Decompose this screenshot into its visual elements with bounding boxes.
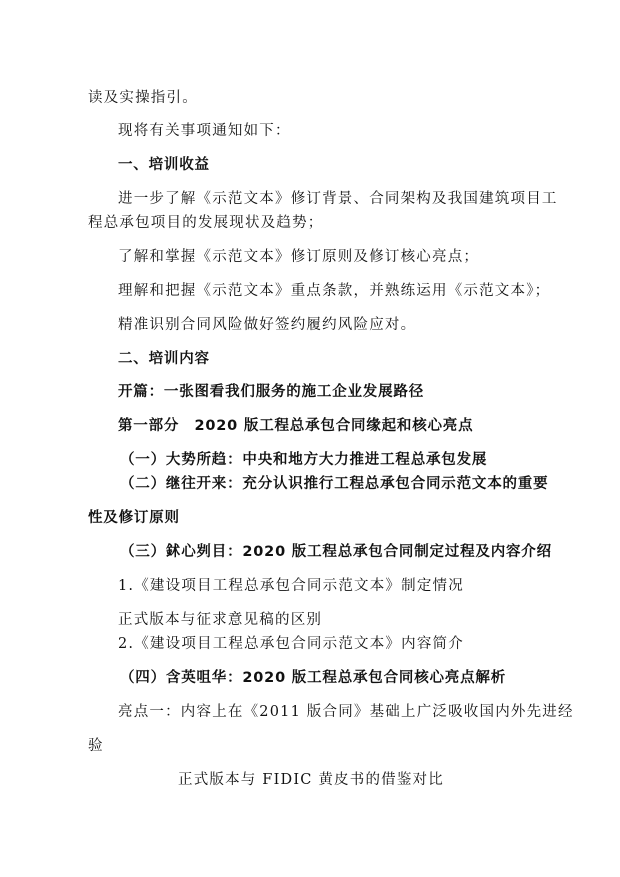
- content-sub-1: （一）大势所趋：中央和地方大力推进工程总承包发展: [120, 448, 487, 469]
- paragraph-continuation: 读及实操指引。: [88, 86, 198, 107]
- highlight-1-detail: 正式版本与 FIDIC 黄皮书的借鉴对比: [178, 768, 444, 789]
- content-sub-4: （四）含英咀华：2020 版工程总承包合同核心亮点解析: [120, 666, 506, 687]
- paragraph-intro: 现将有关事项通知如下：: [118, 119, 291, 140]
- highlight-1-cont: 验: [88, 734, 104, 755]
- section-heading-content: 二、培训内容: [118, 347, 210, 368]
- content-opening: 开篇：一张图看我们服务的施工企业发展路径: [118, 380, 424, 401]
- benefit-item-4: 精准识别合同风险做好签约履约风险应对。: [118, 313, 416, 334]
- benefit-item-2: 了解和掌握《示范文本》修订原则及修订核心亮点；: [118, 245, 479, 266]
- benefit-item-3: 理解和把握《示范文本》重点条款，并熟练运用《示范文本》；: [118, 279, 550, 300]
- content-item-2: 2.《建设项目工程总承包合同示范文本》内容简介: [118, 632, 464, 653]
- content-item-1-detail: 正式版本与征求意见稿的区别: [118, 608, 322, 629]
- content-sub-2-cont: 性及修订原则: [88, 506, 180, 527]
- content-sub-2: （二）继往开来：充分认识推行工程总承包合同示范文本的重要: [120, 472, 548, 493]
- content-sub-3: （三）鉥心刿目：2020 版工程总承包合同制定过程及内容介绍: [120, 540, 552, 561]
- content-item-1: 1.《建设项目工程总承包合同示范文本》制定情况: [118, 574, 464, 595]
- benefit-item-1-cont: 程总承包项目的发展现状及趋势；: [88, 211, 324, 232]
- highlight-1: 亮点一：内容上在《2011 版合同》基础上广泛吸收国内外先进经: [118, 700, 574, 721]
- section-heading-benefits: 一、培训收益: [118, 153, 210, 174]
- content-part-1: 第一部分 2020 版工程总承包合同缘起和核心亮点: [118, 414, 473, 435]
- benefit-item-1: 进一步了解《示范文本》修订背景、合同架构及我国建筑项目工: [118, 187, 558, 208]
